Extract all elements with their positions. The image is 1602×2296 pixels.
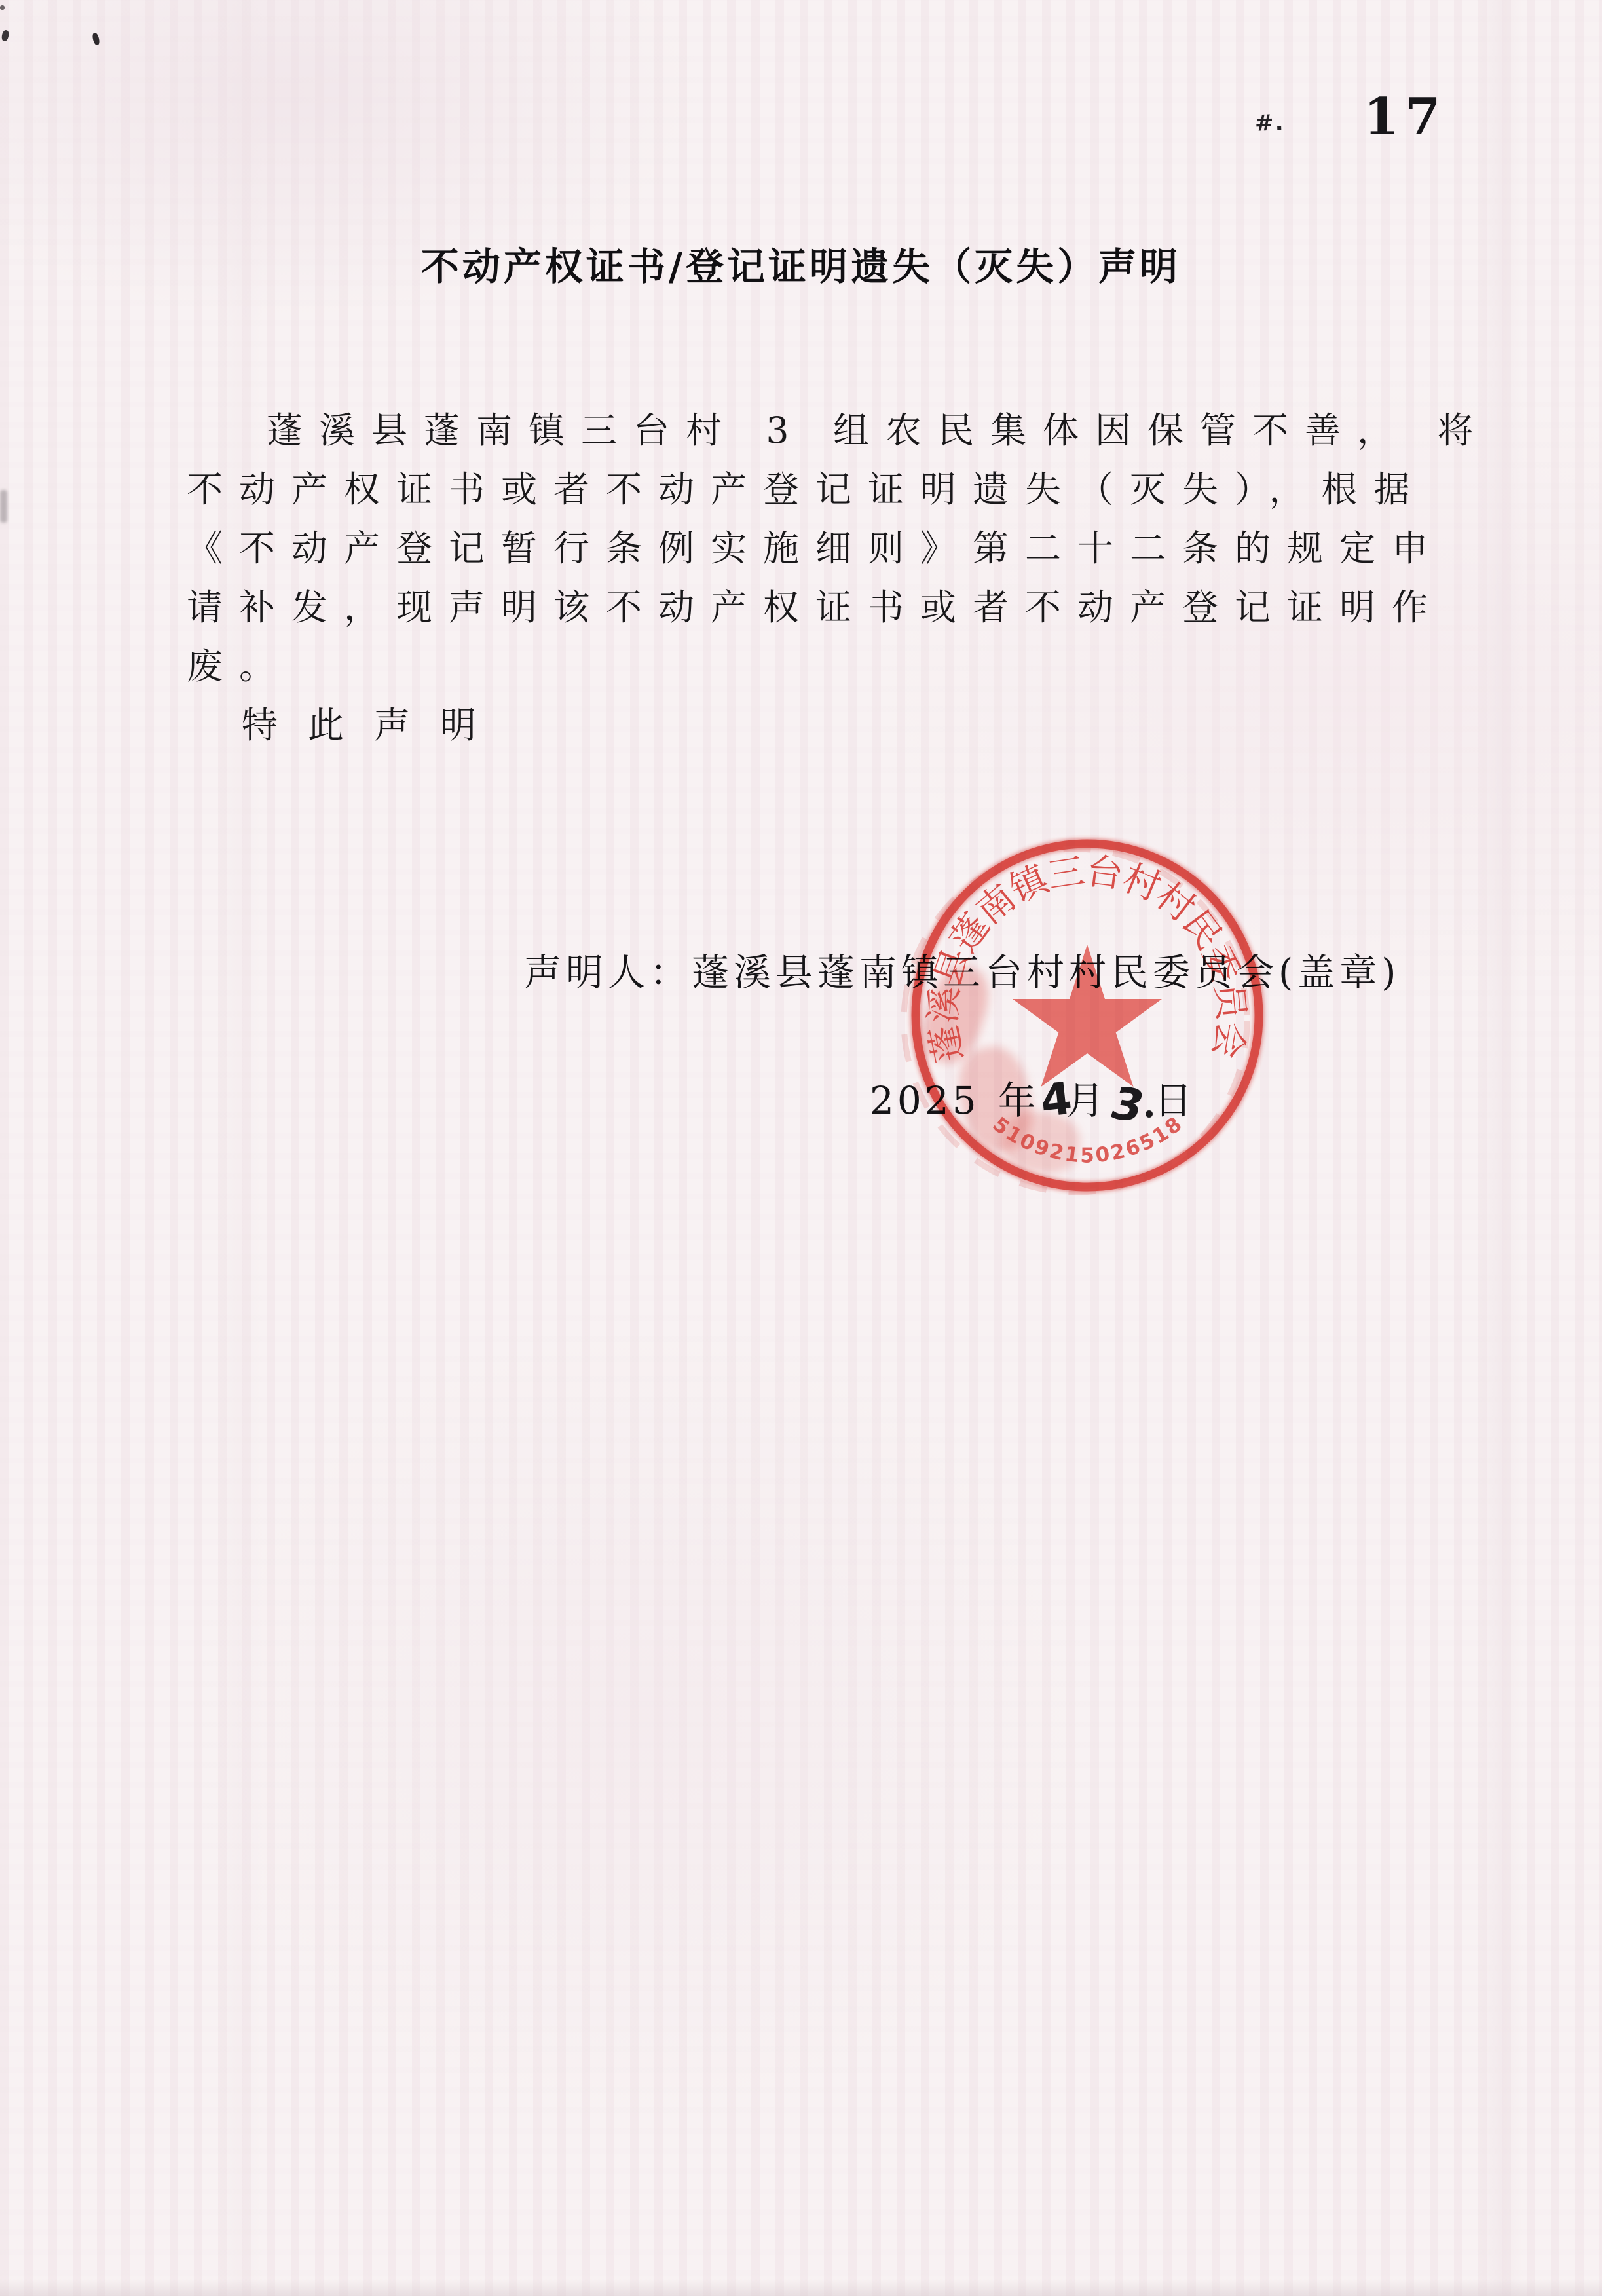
- closing-line: 特此声明: [187, 696, 1451, 755]
- seal-double-impression: [904, 849, 1247, 1192]
- official-seal: 蓬溪县蓬南镇三台村村民委员会 5109215026518: [899, 827, 1276, 1204]
- body-line: 《不动产登记暂行条例实施细则》第二十二条的规定申: [187, 519, 1451, 578]
- document-body: 蓬溪县蓬南镇三台村 3 组农民集体因保管不善， 将 不动产权证书或者不动产登记证…: [187, 401, 1451, 755]
- date-line: 2025年4月3日: [870, 1077, 1195, 1123]
- date-year: 2025: [870, 1078, 980, 1123]
- date-year-unit: 年: [998, 1078, 1039, 1123]
- date-day-unit: 日: [1154, 1078, 1195, 1123]
- body-line: 蓬溪县蓬南镇三台村 3 组农民集体因保管不善， 将: [187, 401, 1451, 460]
- scanned-document-page: #. 17 不动产权证书/登记证明遗失（灭失）声明 蓬溪县蓬南镇三台村 3 组农…: [0, 0, 1602, 2296]
- seal-outer-ring: [916, 844, 1259, 1187]
- scan-streak: [216, 0, 262, 2296]
- handwritten-month: 4: [1038, 1077, 1073, 1125]
- body-line: 请补发，现声明该不动产权证书或者不动产登记证明作: [187, 578, 1451, 637]
- scan-streak: [1477, 0, 1523, 2296]
- handwritten-day: 3: [1106, 1082, 1149, 1129]
- seal-outer-ring-halo: [916, 844, 1259, 1187]
- seal-graphic: 蓬溪县蓬南镇三台村村民委员会 5109215026518: [899, 827, 1276, 1204]
- declarant-line: 声明人：蓬溪县蓬南镇三台村村民委员会(盖章): [524, 951, 1400, 994]
- scan-smudge: [0, 490, 7, 523]
- body-line: 不动产权证书或者不动产登记证明遗失（灭失），根据: [187, 460, 1451, 519]
- corner-ink-mark: #.: [1254, 109, 1285, 137]
- ink-speck: [1, 29, 9, 42]
- ink-dot: [1146, 1110, 1153, 1118]
- page-number: 17: [1364, 92, 1447, 143]
- body-line: 废。: [187, 637, 1451, 696]
- scan-edge-shadow: [0, 2279, 1602, 2296]
- document-title: 不动产权证书/登记证明遗失（灭失）声明: [0, 242, 1602, 291]
- ink-speck: [0, 5, 5, 10]
- ink-speck: [92, 32, 100, 46]
